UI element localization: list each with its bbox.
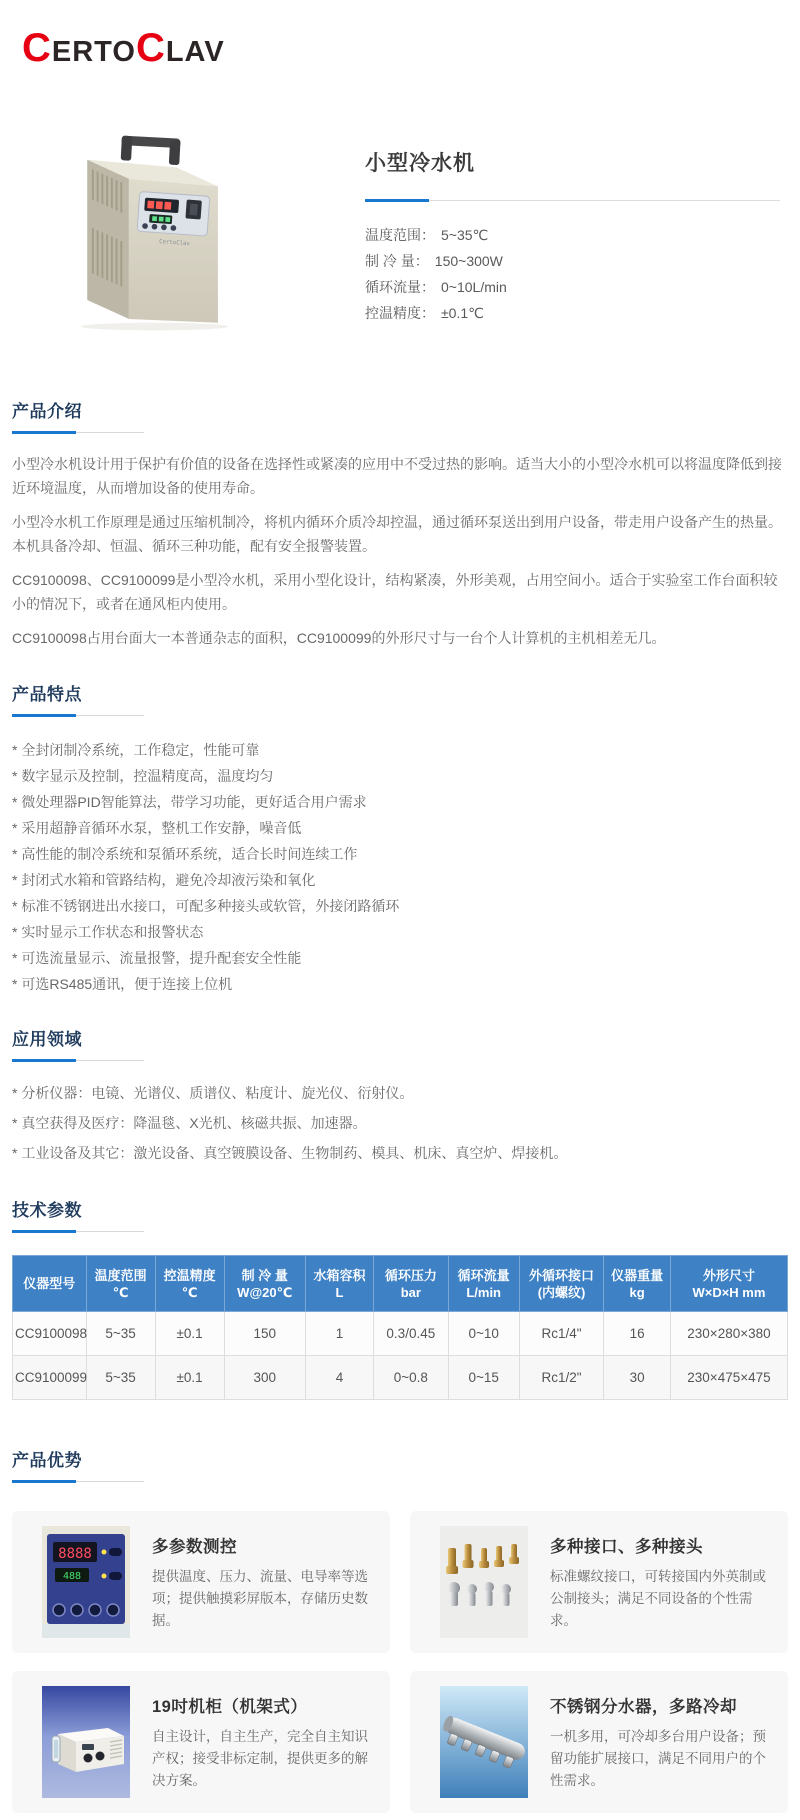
cell: 0~10 <box>448 1312 519 1356</box>
section-applications: 应用领域 * 分析仪器：电镜、光谱仪、质谱仪、粘度计、旋光仪、衍射仪。 * 真空… <box>0 1025 800 1162</box>
parameters-table: 仪器型号 温度范围℃ 控温精度℃ 制 冷 量W@20℃ 水箱容积L 循环压力ba… <box>12 1255 788 1400</box>
heading-divider <box>12 714 144 717</box>
cell: 230×475×475 <box>670 1356 787 1400</box>
section-heading-intro: 产品介绍 <box>12 397 788 422</box>
heading-divider <box>12 1480 144 1483</box>
section-heading-parameters: 技术参数 <box>12 1196 788 1221</box>
col-header: 控温精度℃ <box>155 1256 224 1312</box>
card-text: 提供温度、压力、流量、电导率等选项；提供触摸彩屏版本，存储历史数据。 <box>152 1566 368 1632</box>
cell: 5~35 <box>86 1312 155 1356</box>
col-header: 制 冷 量W@20℃ <box>224 1256 305 1312</box>
card-title: 19吋机柜（机架式） <box>152 1693 368 1717</box>
section-heading-applications: 应用领域 <box>12 1025 788 1050</box>
cell: Rc1/2" <box>519 1356 603 1400</box>
cell: ±0.1 <box>155 1356 224 1400</box>
section-heading-features: 产品特点 <box>12 680 788 705</box>
spec-label: 循环流量： <box>365 279 435 295</box>
cell: ±0.1 <box>155 1312 224 1356</box>
advantage-cards: 8888 488 多参数测控 提供温度、压力 <box>12 1511 788 1813</box>
col-header: 循环压力bar <box>374 1256 448 1312</box>
cell: 0.3/0.45 <box>374 1312 448 1356</box>
cell: 30 <box>604 1356 671 1400</box>
feature-item: * 采用超静音循环水泵，整机工作安静，噪音低 <box>12 819 788 837</box>
cell: 16 <box>604 1312 671 1356</box>
application-item: * 分析仪器：电镜、光谱仪、质谱仪、粘度计、旋光仪、衍射仪。 <box>12 1084 788 1102</box>
col-header: 水箱容积L <box>305 1256 373 1312</box>
fittings-image <box>440 1526 528 1638</box>
spec-value: 5~35℃ <box>441 227 488 243</box>
table-row: CC9100099 5~35 ±0.1 300 4 0~0.8 0~15 Rc1… <box>13 1356 788 1400</box>
cell: CC9100098 <box>13 1312 87 1356</box>
chiller-illustration: CertoClav <box>55 121 235 335</box>
col-header: 循环流量L/min <box>448 1256 519 1312</box>
product-image: CertoClav <box>55 121 235 335</box>
card-title: 不锈钢分水器，多路冷却 <box>550 1693 766 1717</box>
feature-list: * 全封闭制冷系统，工作稳定，性能可靠 * 数字显示及控制，控温精度高，温度均匀… <box>12 741 788 993</box>
col-header: 外形尺寸W×D×H mm <box>670 1256 787 1312</box>
col-header: 仪器重量kg <box>604 1256 671 1312</box>
intro-paragraph: CC9100098占用台面大一本普通杂志的面积，CC9100099的外形尺寸与一… <box>12 626 788 650</box>
card-title: 多参数测控 <box>152 1533 368 1557</box>
section-heading-advantages: 产品优势 <box>12 1446 788 1471</box>
col-header: 温度范围℃ <box>86 1256 155 1312</box>
cell: 300 <box>224 1356 305 1400</box>
heading-divider <box>12 1230 144 1233</box>
application-item: * 工业设备及其它：激光设备、真空镀膜设备、生物制药、模具、机床、真空炉、焊接机… <box>12 1144 788 1162</box>
spec-row: 制 冷 量：150~300W <box>365 248 780 274</box>
controller-panel-image: 8888 488 <box>42 1526 130 1638</box>
feature-item: * 封闭式水箱和管路结构，避免冷却液污染和氧化 <box>12 871 788 889</box>
application-item: * 真空获得及医疗：降温毯、X光机、核磁共振、加速器。 <box>12 1114 788 1132</box>
advantage-card-rack: 19吋机柜（机架式） 自主设计，自主生产，完全自主知识产权；接受非标定制，提供更… <box>12 1671 390 1813</box>
certoclav-logo[interactable]: CERTOCLAV <box>22 26 225 79</box>
col-header: 仪器型号 <box>13 1256 87 1312</box>
col-header: 外循环接口(内螺纹) <box>519 1256 603 1312</box>
intro-paragraph: CC9100098、CC9100099是小型冷水机，采用小型化设计，结构紧凑，外… <box>12 568 788 616</box>
spec-list: 温度范围：5~35℃ 制 冷 量：150~300W 循环流量：0~10L/min… <box>365 222 780 326</box>
cell: 0~15 <box>448 1356 519 1400</box>
card-text: 标准螺纹接口，可转接国内外英制或公制接头；满足不同设备的个性需求。 <box>550 1566 766 1632</box>
spec-label: 温度范围： <box>365 227 435 243</box>
card-text: 一机多用，可冷却多台用户设备；预留功能扩展接口，满足不同用户的个性需求。 <box>550 1726 766 1792</box>
product-title: 小型冷水机 <box>365 147 780 177</box>
spec-value: ±0.1℃ <box>441 305 484 321</box>
heading-divider <box>12 1059 144 1062</box>
feature-item: * 可选流量显示、流量报警，提升配套安全性能 <box>12 949 788 967</box>
card-title: 多种接口、多种接头 <box>550 1533 766 1557</box>
logo-letter: C <box>136 26 166 70</box>
advantage-card-multiparam: 8888 488 多参数测控 提供温度、压力 <box>12 1511 390 1653</box>
title-divider <box>365 199 780 202</box>
cell: 1 <box>305 1312 373 1356</box>
intro-paragraph: 小型冷水机工作原理是通过压缩机制冷，将机内循环介质冷却控温，通过循环泵送出到用户… <box>12 510 788 558</box>
cell: Rc1/4" <box>519 1312 603 1356</box>
rack-cabinet-image <box>42 1686 130 1798</box>
feature-item: * 标准不锈钢进出水接口，可配多种接头或软管，外接闭路循环 <box>12 897 788 915</box>
heading-divider <box>12 431 144 434</box>
table-header-row: 仪器型号 温度范围℃ 控温精度℃ 制 冷 量W@20℃ 水箱容积L 循环压力ba… <box>13 1256 788 1312</box>
spec-label: 制 冷 量： <box>365 253 429 269</box>
page: CERTOCLAV <box>0 0 800 1820</box>
section-advantages: 产品优势 8888 488 <box>0 1446 800 1813</box>
product-info: 小型冷水机 温度范围：5~35℃ 制 冷 量：150~300W 循环流量：0~1… <box>365 121 780 335</box>
logo-letters: LAV <box>166 36 225 68</box>
cell: CC9100099 <box>13 1356 87 1400</box>
spec-row: 循环流量：0~10L/min <box>365 274 780 300</box>
manifold-image <box>440 1686 528 1798</box>
feature-item: * 全封闭制冷系统，工作稳定，性能可靠 <box>12 741 788 759</box>
application-list: * 分析仪器：电镜、光谱仪、质谱仪、粘度计、旋光仪、衍射仪。 * 真空获得及医疗… <box>12 1084 788 1162</box>
advantage-card-manifold: 不锈钢分水器，多路冷却 一机多用，可冷却多台用户设备；预留功能扩展接口，满足不同… <box>410 1671 788 1813</box>
panel-display-top: 8888 <box>58 1546 92 1562</box>
cell: 150 <box>224 1312 305 1356</box>
spec-row: 控温精度：±0.1℃ <box>365 300 780 326</box>
advantage-card-fittings: 多种接口、多种接头 标准螺纹接口，可转接国内外英制或公制接头；满足不同设备的个性… <box>410 1511 788 1653</box>
spec-row: 温度范围：5~35℃ <box>365 222 780 248</box>
spec-label: 控温精度： <box>365 305 435 321</box>
cell: 4 <box>305 1356 373 1400</box>
intro-paragraph: 小型冷水机设计用于保护有价值的设备在选择性或紧凑的应用中不受过热的影响。适当大小… <box>12 452 788 500</box>
logo-letters: ERTO <box>52 36 136 68</box>
cell: 5~35 <box>86 1356 155 1400</box>
feature-item: * 微处理器PID智能算法，带学习功能，更好适合用户需求 <box>12 793 788 811</box>
section-intro: 产品介绍 小型冷水机设计用于保护有价值的设备在选择性或紧凑的应用中不受过热的影响… <box>0 397 800 650</box>
section-parameters: 技术参数 仪器型号 温度范围℃ 控温精度℃ 制 冷 量W@20℃ 水箱容积L 循… <box>0 1196 800 1400</box>
spec-value: 150~300W <box>435 253 503 269</box>
table-row: CC9100098 5~35 ±0.1 150 1 0.3/0.45 0~10 … <box>13 1312 788 1356</box>
cell: 230×280×380 <box>670 1312 787 1356</box>
panel-display-bottom: 488 <box>63 1571 81 1582</box>
spec-value: 0~10L/min <box>441 279 507 295</box>
feature-item: * 可选RS485通讯，便于连接上位机 <box>12 975 788 993</box>
feature-item: * 数字显示及控制，控温精度高，温度均匀 <box>12 767 788 785</box>
feature-item: * 实时显示工作状态和报警状态 <box>12 923 788 941</box>
section-features: 产品特点 * 全封闭制冷系统，工作稳定，性能可靠 * 数字显示及控制，控温精度高… <box>0 680 800 993</box>
feature-item: * 高性能的制冷系统和泵循环系统，适合长时间连续工作 <box>12 845 788 863</box>
intro-paragraphs: 小型冷水机设计用于保护有价值的设备在选择性或紧凑的应用中不受过热的影响。适当大小… <box>12 452 788 650</box>
cell: 0~0.8 <box>374 1356 448 1400</box>
site-header: CERTOCLAV <box>0 0 800 79</box>
product-hero: CertoClav 小型冷水机 温度范围：5~35℃ 制 冷 量：150~300… <box>0 121 800 335</box>
card-text: 自主设计，自主生产，完全自主知识产权；接受非标定制，提供更多的解决方案。 <box>152 1726 368 1792</box>
logo-letter: C <box>22 26 52 70</box>
